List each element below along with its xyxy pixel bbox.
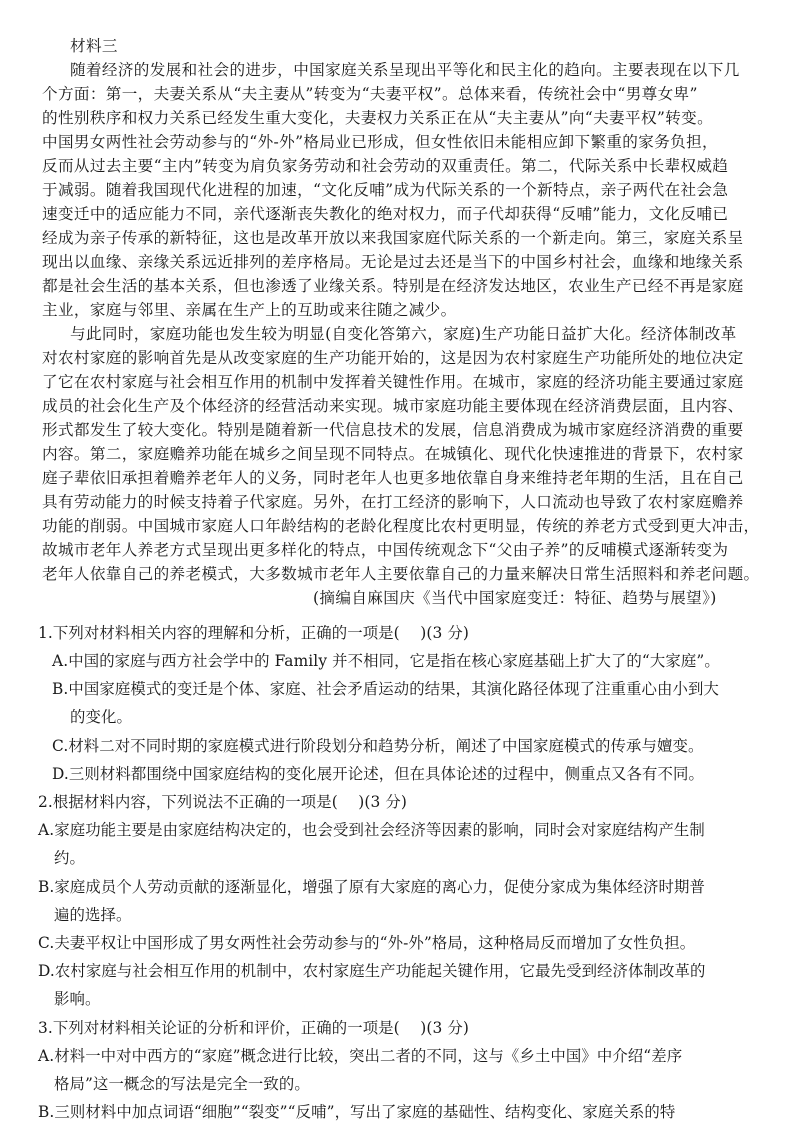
passage-line: 了它在农村家庭与社会相互作用的机制中发挥着关键性作用。在城市，家庭的经济功能主要… (42, 370, 744, 394)
passage-line: 内容。第二，家庭赡养功能在城乡之间呈现不同特点。在城镇化、现代化快速推进的背景下… (42, 442, 744, 466)
passage-line: 反而从过去主要“主内”转变为肩负家务劳动和社会劳动的双重责任。第二，代际关系中长… (42, 154, 728, 178)
passage-line: 都是社会生活的基本关系，但也渗透了业缘关系。特别是在经济发达地区，农业生产已经不… (42, 274, 744, 298)
passage-line: 中国男女两性社会劳动参与的“外-外”格局业已形成，但女性依旧未能相应卸下繁重的家… (42, 130, 718, 154)
passage-line: 成员的社会化生产及个体经济的经营活动来实现。城市家庭功能主要体现在经济消费层面，… (42, 394, 744, 418)
option-b-continued: 遍的选择。 (54, 903, 131, 927)
option-b-continued: 的变化。 (70, 705, 132, 729)
option-b: B.三则材料中加点词语“细胞”“裂变”“反哺”，写出了家庭的基础性、结构变化、家… (38, 1100, 675, 1122)
passage-line: 经成为亲子传承的新特征，这也是改革开放以来我国家庭代际关系的一个新走向。第三，家… (42, 226, 744, 250)
option-d: D.农村家庭与社会相互作用的机制中，农村家庭生产功能起关键作用，它最先受到经济体… (38, 959, 706, 983)
passage-line: 对农村家庭的影响首先是从改变家庭的生产功能开始的，这是因为农村家庭生产功能所处的… (42, 346, 744, 370)
option-d: D.三则材料都围绕中国家庭结构的变化展开论述，但在具体论述的过程中，侧重点又各有… (52, 762, 704, 786)
option-c: C.夫妻平权让中国形成了男女两性社会劳动参与的“外-外”格局，这种格局反而增加了… (38, 931, 695, 955)
option-a-continued: 格局”这一概念的写法是完全一致的。 (54, 1072, 310, 1096)
exam-page: 材料三 随着经济的发展和社会的进步，中国家庭关系呈现出平等化和民主化的趋向。主要… (0, 0, 800, 1122)
option-a-continued: 约。 (54, 846, 85, 870)
passage-line: 与此同时，家庭功能也发生较为明显(自变化答第六，家庭)生产功能日益扩大化。经济体… (70, 322, 737, 346)
option-d-continued: 影响。 (54, 987, 100, 1011)
option-b: B.家庭成员个人劳动贡献的逐渐显化，增强了原有大家庭的离心力，促使分家成为集体经… (38, 875, 705, 899)
question-stem: 3.下列对材料相关论证的分析和评价，正确的一项是( )(3 分) (38, 1016, 469, 1040)
question-stem: 1.下列对材料相关内容的理解和分析，正确的一项是( )(3 分) (38, 621, 469, 645)
passage-line: 功能的削弱。中国城市家庭人口年龄结构的老龄化程度比农村更明显，传统的养老方式受到… (42, 514, 759, 538)
option-a: A.中国的家庭与西方社会学中的 Family 并不相同，它是指在核心家庭基础上扩… (52, 649, 720, 673)
option-c: C.材料二对不同时期的家庭模式进行阶段划分和趋势分析，阐述了中国家庭模式的传承与… (52, 734, 703, 758)
question-stem: 2.根据材料内容，下列说法不正确的一项是( )(3 分) (38, 790, 407, 814)
passage-heading: 材料三 (70, 34, 118, 58)
passage-line: 的性别秩序和权力关系已经发生重大变化，夫妻权力关系正在从“夫主妻从”向“夫妻平权… (42, 106, 713, 130)
passage-line: 现出以血缘、亲缘关系远近排列的差序格局。无论是过去还是当下的中国乡村社会，血缘和… (42, 250, 744, 274)
passage-line: 于减弱。随着我国现代化进程的加速，“文化反哺”成为代际关系的一个新特点，亲子两代… (42, 178, 728, 202)
passage-line: 主业，家庭与邻里、亲属在生产上的互助或来往随之减少。 (42, 298, 457, 322)
passage-line: 形式都发生了较大变化。特别是随着新一代信息技术的发展，信息消费成为城市家庭经济消… (42, 418, 744, 442)
passage-line: 个方面：第一，夫妻关系从“夫主妻从”转变为“夫妻平权”。总体来看，传统社会中“男… (42, 82, 698, 106)
option-a: A.材料一中对中西方的“家庭”概念进行比较，突出二者的不同，这与《乡土中国》中介… (38, 1044, 682, 1068)
passage-source: (摘编自麻国庆《当代中国家庭变迁：特征、趋势与展望》) (313, 586, 717, 610)
option-a: A.家庭功能主要是由家庭结构决定的，也会受到社会经济等因素的影响，同时会对家庭结… (38, 818, 705, 842)
passage-line: 故城市老年人养老方式呈现出更多样化的特点，中国传统观念下“父由子养”的反哺模式逐… (42, 538, 728, 562)
passage-line: 速变迁中的适应能力不同，亲代逐渐丧失教化的绝对权力，而子代却获得“反哺”能力，文… (42, 202, 728, 226)
option-b: B.中国家庭模式的变迁是个体、家庭、社会矛盾运动的结果，其演化路径体现了注重重心… (52, 677, 719, 701)
passage-line: 庭子辈依旧承担着赡养老年人的义务，同时老年人也更多地依靠自身来维持老年期的生活，… (42, 466, 744, 490)
passage-line: 具有劳动能力的时候支持着子代家庭。另外，在打工经济的影响下，人口流动也导致了农村… (42, 490, 744, 514)
passage-line: 随着经济的发展和社会的进步，中国家庭关系呈现出平等化和民主化的趋向。主要表现在以… (70, 58, 740, 82)
passage-line: 老年人依靠自己的养老模式，大多数城市老年人主要依靠自己的力量来解决日常生活照料和… (42, 562, 759, 586)
